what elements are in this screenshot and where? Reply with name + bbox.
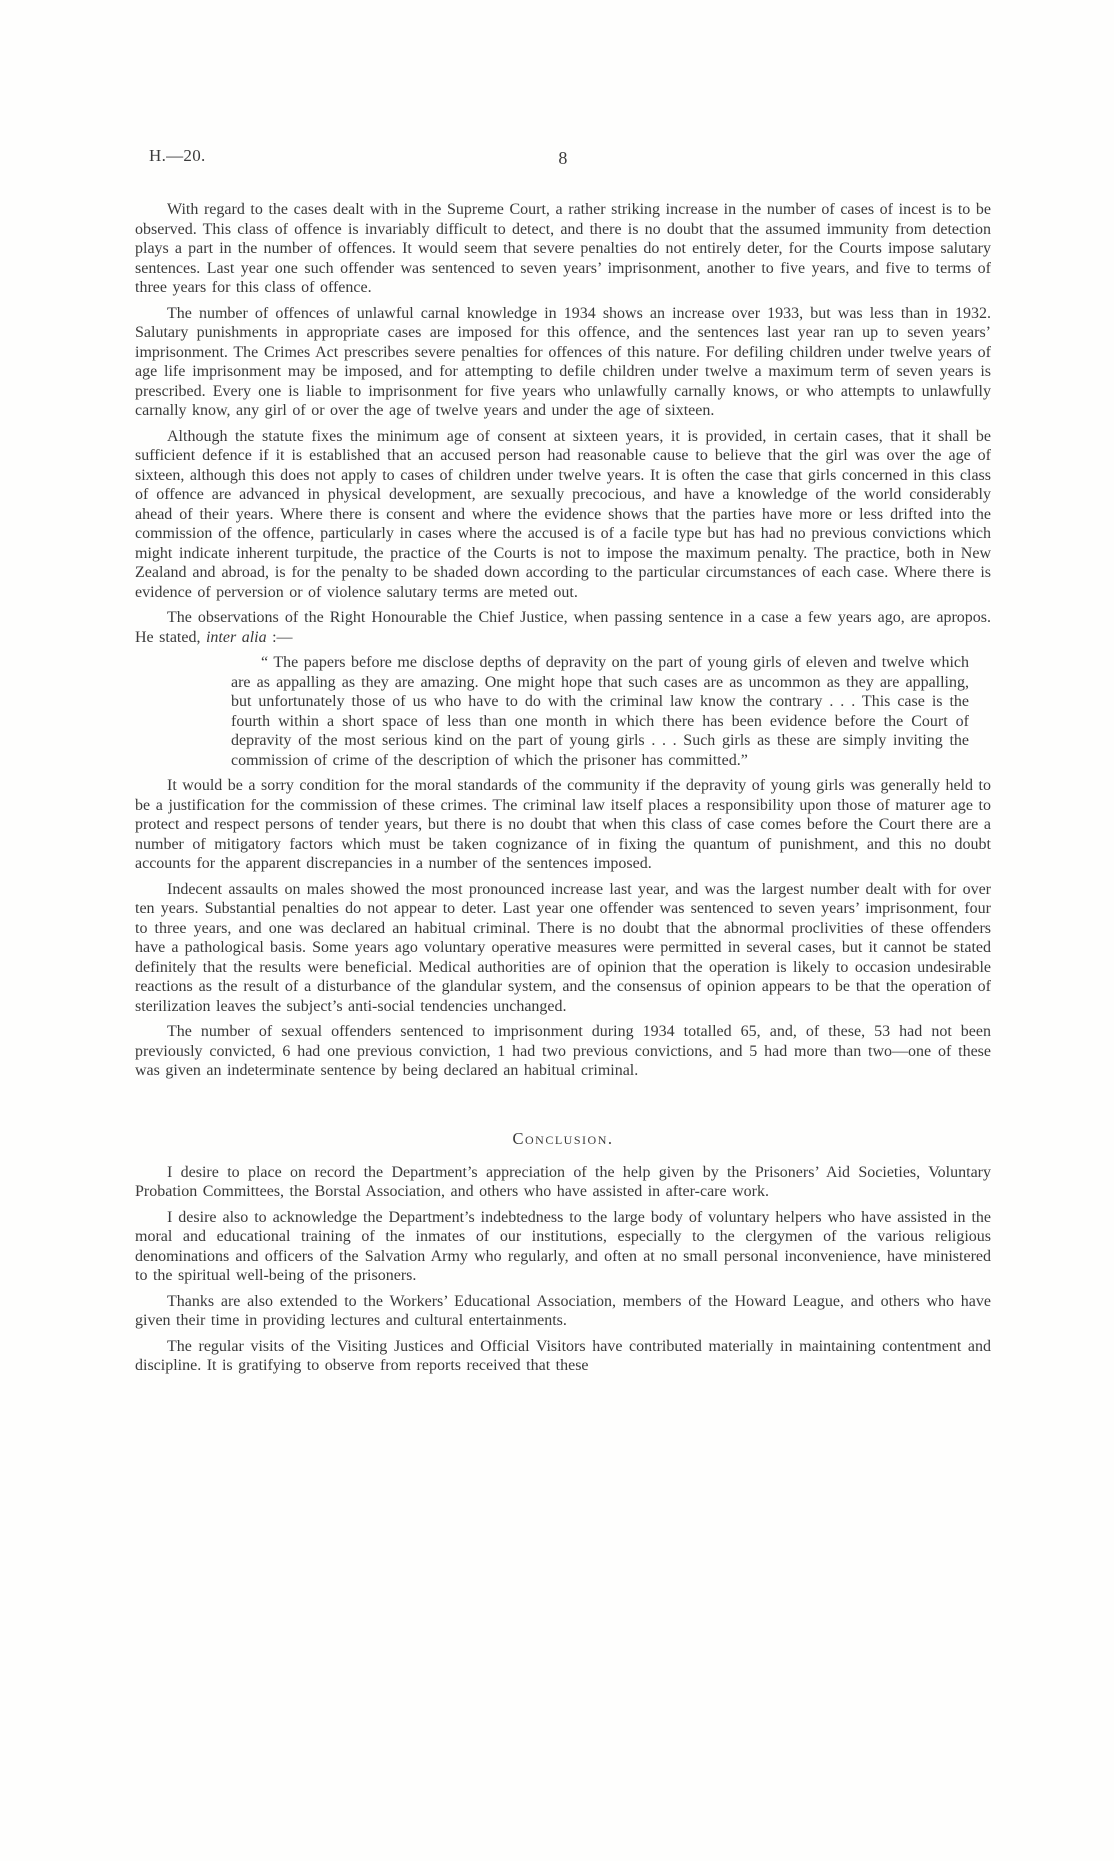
paragraph-sexual-offenders-totals: The number of sexual offenders sentenced… — [135, 1022, 991, 1081]
paragraph-text: :— — [267, 629, 293, 646]
paragraph-age-of-consent: Although the statute fixes the minimum a… — [135, 427, 991, 603]
paragraph-moral-standards: It would be a sorry condition for the mo… — [135, 776, 991, 874]
page-header: H.—20. 8 — [135, 146, 991, 170]
page-content: H.—20. 8 With regard to the cases dealt … — [135, 146, 991, 1376]
paragraph-visiting-justices: The regular visits of the Visiting Justi… — [135, 1337, 991, 1376]
paragraph-thanks-wea: Thanks are also extended to the Workers’… — [135, 1292, 991, 1331]
paragraph-indecent-assaults: Indecent assaults on males showed the mo… — [135, 880, 991, 1017]
latin-phrase: inter alia — [206, 629, 267, 646]
page-number: 8 — [558, 148, 567, 169]
report-body: With regard to the cases dealt with in t… — [135, 200, 991, 1376]
scanned-report-page: H.—20. 8 With regard to the cases dealt … — [0, 0, 1114, 1861]
paragraph-voluntary-helpers: I desire also to acknowledge the Departm… — [135, 1208, 991, 1286]
paragraph-carnal-knowledge-offences: The number of offences of unlawful carna… — [135, 304, 991, 421]
paragraph-chief-justice-intro: The observations of the Right Honourable… — [135, 608, 991, 647]
conclusion-heading: Conclusion. — [135, 1129, 991, 1149]
paragraph-appreciation: I desire to place on record the Departme… — [135, 1163, 991, 1202]
chief-justice-quote: “ The papers before me disclose depths o… — [231, 653, 969, 770]
doc-ref: H.—20. — [149, 146, 206, 166]
paragraph-supreme-court-cases: With regard to the cases dealt with in t… — [135, 200, 991, 298]
